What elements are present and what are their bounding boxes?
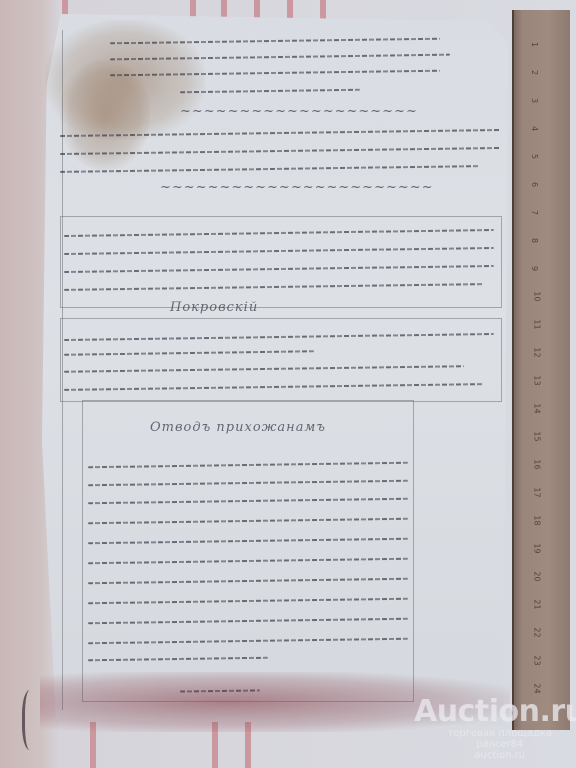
watermark-line: торговая площадка: [414, 728, 576, 739]
ruler-tick: 6: [530, 182, 539, 187]
ruler-tick: 10: [533, 291, 542, 301]
section-heading: ~~~~~~~~~~~~~~~~~~~~~~~: [160, 180, 434, 195]
ruler: 1 2 3 4 5 6 7 8 9 10 11 12 13 14 15 16 1…: [512, 10, 570, 730]
ruler-tick: 9: [530, 266, 539, 271]
ruler-tick: 3: [530, 98, 539, 103]
binding-string: [22, 690, 41, 750]
ruler-tick: 4: [530, 126, 539, 131]
ruler-tick: 14: [533, 403, 542, 413]
ruler-tick: 18: [533, 515, 542, 525]
ruler-tick: 12: [533, 347, 542, 357]
ruler-tick: 2: [530, 70, 539, 75]
ruler-tick: 17: [533, 487, 542, 497]
ruler-tick: 19: [533, 543, 542, 553]
ruler-tick: 1: [530, 42, 539, 47]
watermark-brand: Auction.ru: [414, 696, 576, 728]
ruler-tick: 20: [533, 571, 542, 581]
ruler-tick: 7: [530, 210, 539, 215]
ruler-tick: 21: [533, 599, 542, 609]
ruler-tick: 15: [533, 431, 542, 441]
watermark-line: auction.ru: [414, 750, 576, 761]
section-heading: ~~~~~~~~~~~~~~~~~~~~: [180, 104, 418, 119]
ruler-tick: 23: [533, 655, 542, 665]
section-heading: Покровскій: [170, 300, 258, 315]
section-heading: Отводъ прихожанамъ: [150, 420, 326, 435]
watermark: Auction.ru торговая площадка pancer84 au…: [414, 696, 576, 761]
ruler-tick: 13: [533, 375, 542, 385]
ruler-tick: 22: [533, 627, 542, 637]
ruler-tick: 16: [533, 459, 542, 469]
ruler-tick: 24: [533, 683, 542, 693]
ruler-tick: 5: [530, 154, 539, 159]
watermark-line: pancer84: [414, 739, 576, 750]
ruler-tick: 8: [530, 238, 539, 243]
ruler-tick: 11: [533, 319, 542, 329]
